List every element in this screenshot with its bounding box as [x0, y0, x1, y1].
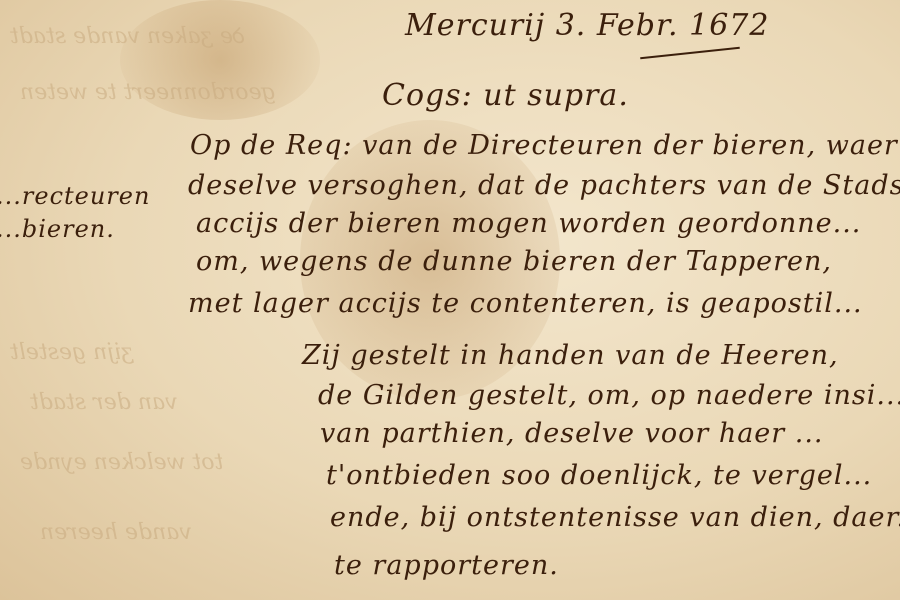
paragraph-line: te rapporteren. — [334, 550, 559, 581]
paragraph-line: t'ontbieden soo doenlijck, te vergel... — [326, 460, 872, 491]
paragraph-line: de Gilden gestelt, om, op naedere insi..… — [318, 380, 900, 411]
margin-note-line: ...bieren. — [0, 215, 115, 243]
date-underline — [640, 47, 740, 59]
paragraph-line: Op de Req: van de Directeuren der bieren… — [190, 130, 898, 161]
paragraph-line: om, wegens de dunne bieren der Tapperen, — [196, 246, 832, 277]
paragraph-line: met lager accijs te contenteren, is geap… — [188, 288, 863, 319]
subheading: Cogs: ut supra. — [382, 78, 629, 113]
bleed-through-text: van der stadt — [30, 390, 178, 415]
bleed-through-text: vande heeren — [40, 520, 192, 545]
paragraph-line: accijs der bieren mogen worden geordonne… — [196, 208, 861, 239]
paragraph-line: ende, bij ontstentenisse van dien, daer.… — [330, 502, 900, 533]
margin-note-line: ...recteuren — [0, 182, 150, 210]
paragraph-line: Zij gestelt in handen van de Heeren, — [302, 340, 839, 371]
date-line: Mercurij 3. Febr. 1672 — [405, 8, 769, 43]
bleed-through-text: ꝺe ʒaken vande stadt — [10, 20, 246, 50]
paragraph-line: deselve versoghen, dat de pachters van d… — [188, 170, 900, 201]
bleed-through-text: tot welcken eynde — [20, 450, 223, 475]
paragraph-line: van parthien, deselve voor haer ... — [320, 418, 824, 449]
bleed-through-text: ʒijn gestelt — [10, 340, 134, 365]
bleed-through-text: ɡeordonneert te weten — [20, 80, 276, 105]
